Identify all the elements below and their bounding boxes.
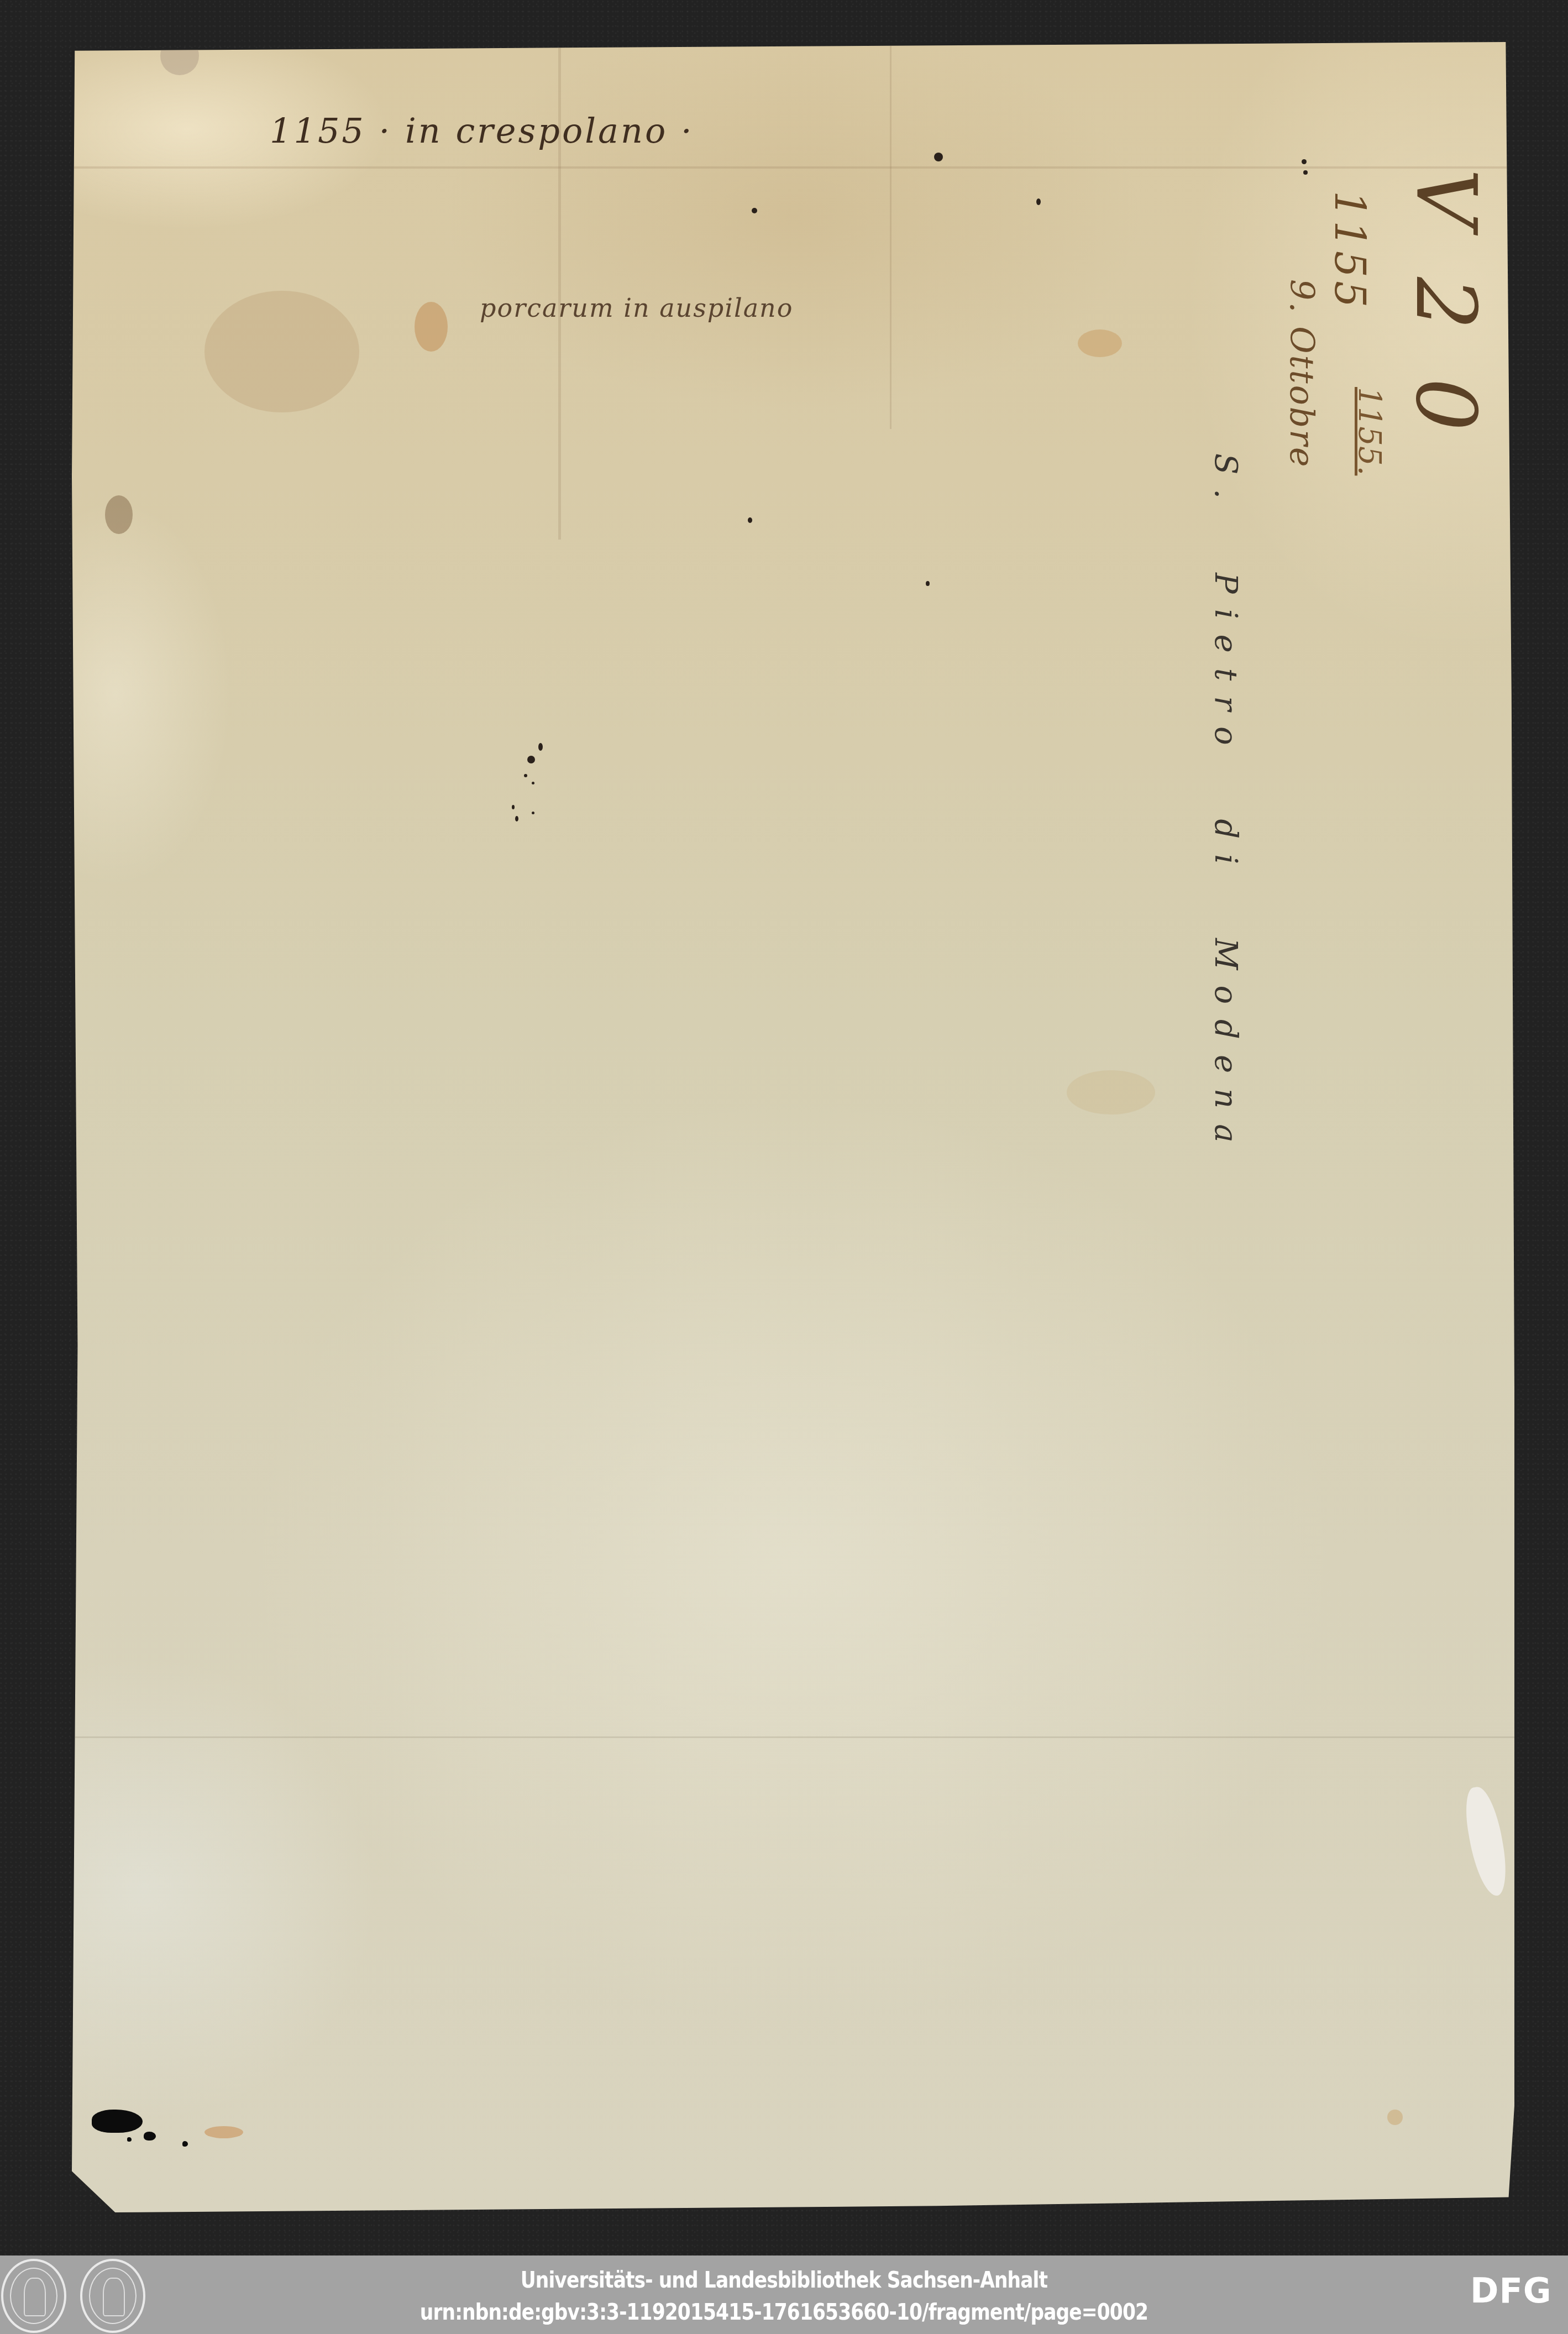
parchment-hole — [144, 2132, 156, 2141]
ink-spot — [532, 782, 534, 784]
place-annotation: S. Pietro di Modena — [1210, 453, 1241, 1158]
ink-spot — [752, 208, 757, 213]
ink-spot — [515, 816, 518, 821]
parchment-hole — [92, 2110, 143, 2133]
ink-spot — [527, 756, 535, 763]
parchment-repair-patch — [1461, 1784, 1512, 1898]
shelfmark: V 2 0 — [1404, 169, 1487, 442]
fold-line — [72, 1736, 1514, 1738]
ink-spot — [538, 743, 543, 751]
stain — [204, 2126, 243, 2138]
fold-line — [890, 42, 891, 429]
ink-spot — [532, 812, 534, 814]
year-annotation: 1155 — [1329, 191, 1371, 311]
dfg-logo: DFG — [1470, 2274, 1552, 2308]
ink-spot — [1302, 159, 1307, 164]
stain — [105, 495, 133, 534]
stain — [204, 291, 359, 412]
stain — [415, 302, 448, 352]
ink-spot — [1036, 198, 1041, 205]
parchment-hole — [127, 2137, 132, 2142]
year-annotation-underlined: 1155. — [1354, 387, 1385, 475]
ink-spot — [748, 517, 752, 523]
stain — [1387, 2110, 1403, 2125]
ink-spot — [926, 581, 930, 586]
university-seal-icon — [1, 2259, 66, 2333]
dorsal-note-second: porcarum in auspilano — [480, 295, 793, 321]
institution-name: Universitäts- und Landesbibliothek Sachs… — [110, 2268, 1459, 2293]
fold-line — [72, 166, 1514, 169]
ink-spot — [1303, 170, 1308, 175]
stain — [1078, 329, 1122, 357]
ink-spot — [934, 153, 943, 161]
ink-spot — [512, 805, 515, 809]
date-annotation: 9. Ottobre — [1285, 279, 1318, 468]
stain — [1067, 1070, 1155, 1114]
parchment-hole — [182, 2141, 188, 2147]
dorsal-note-top: 1155 · in crespolano · — [270, 114, 694, 148]
ink-spot — [524, 774, 527, 777]
urn-identifier: urn:nbn:de:gbv:3:3-1192015415-1761653660… — [110, 2300, 1459, 2325]
